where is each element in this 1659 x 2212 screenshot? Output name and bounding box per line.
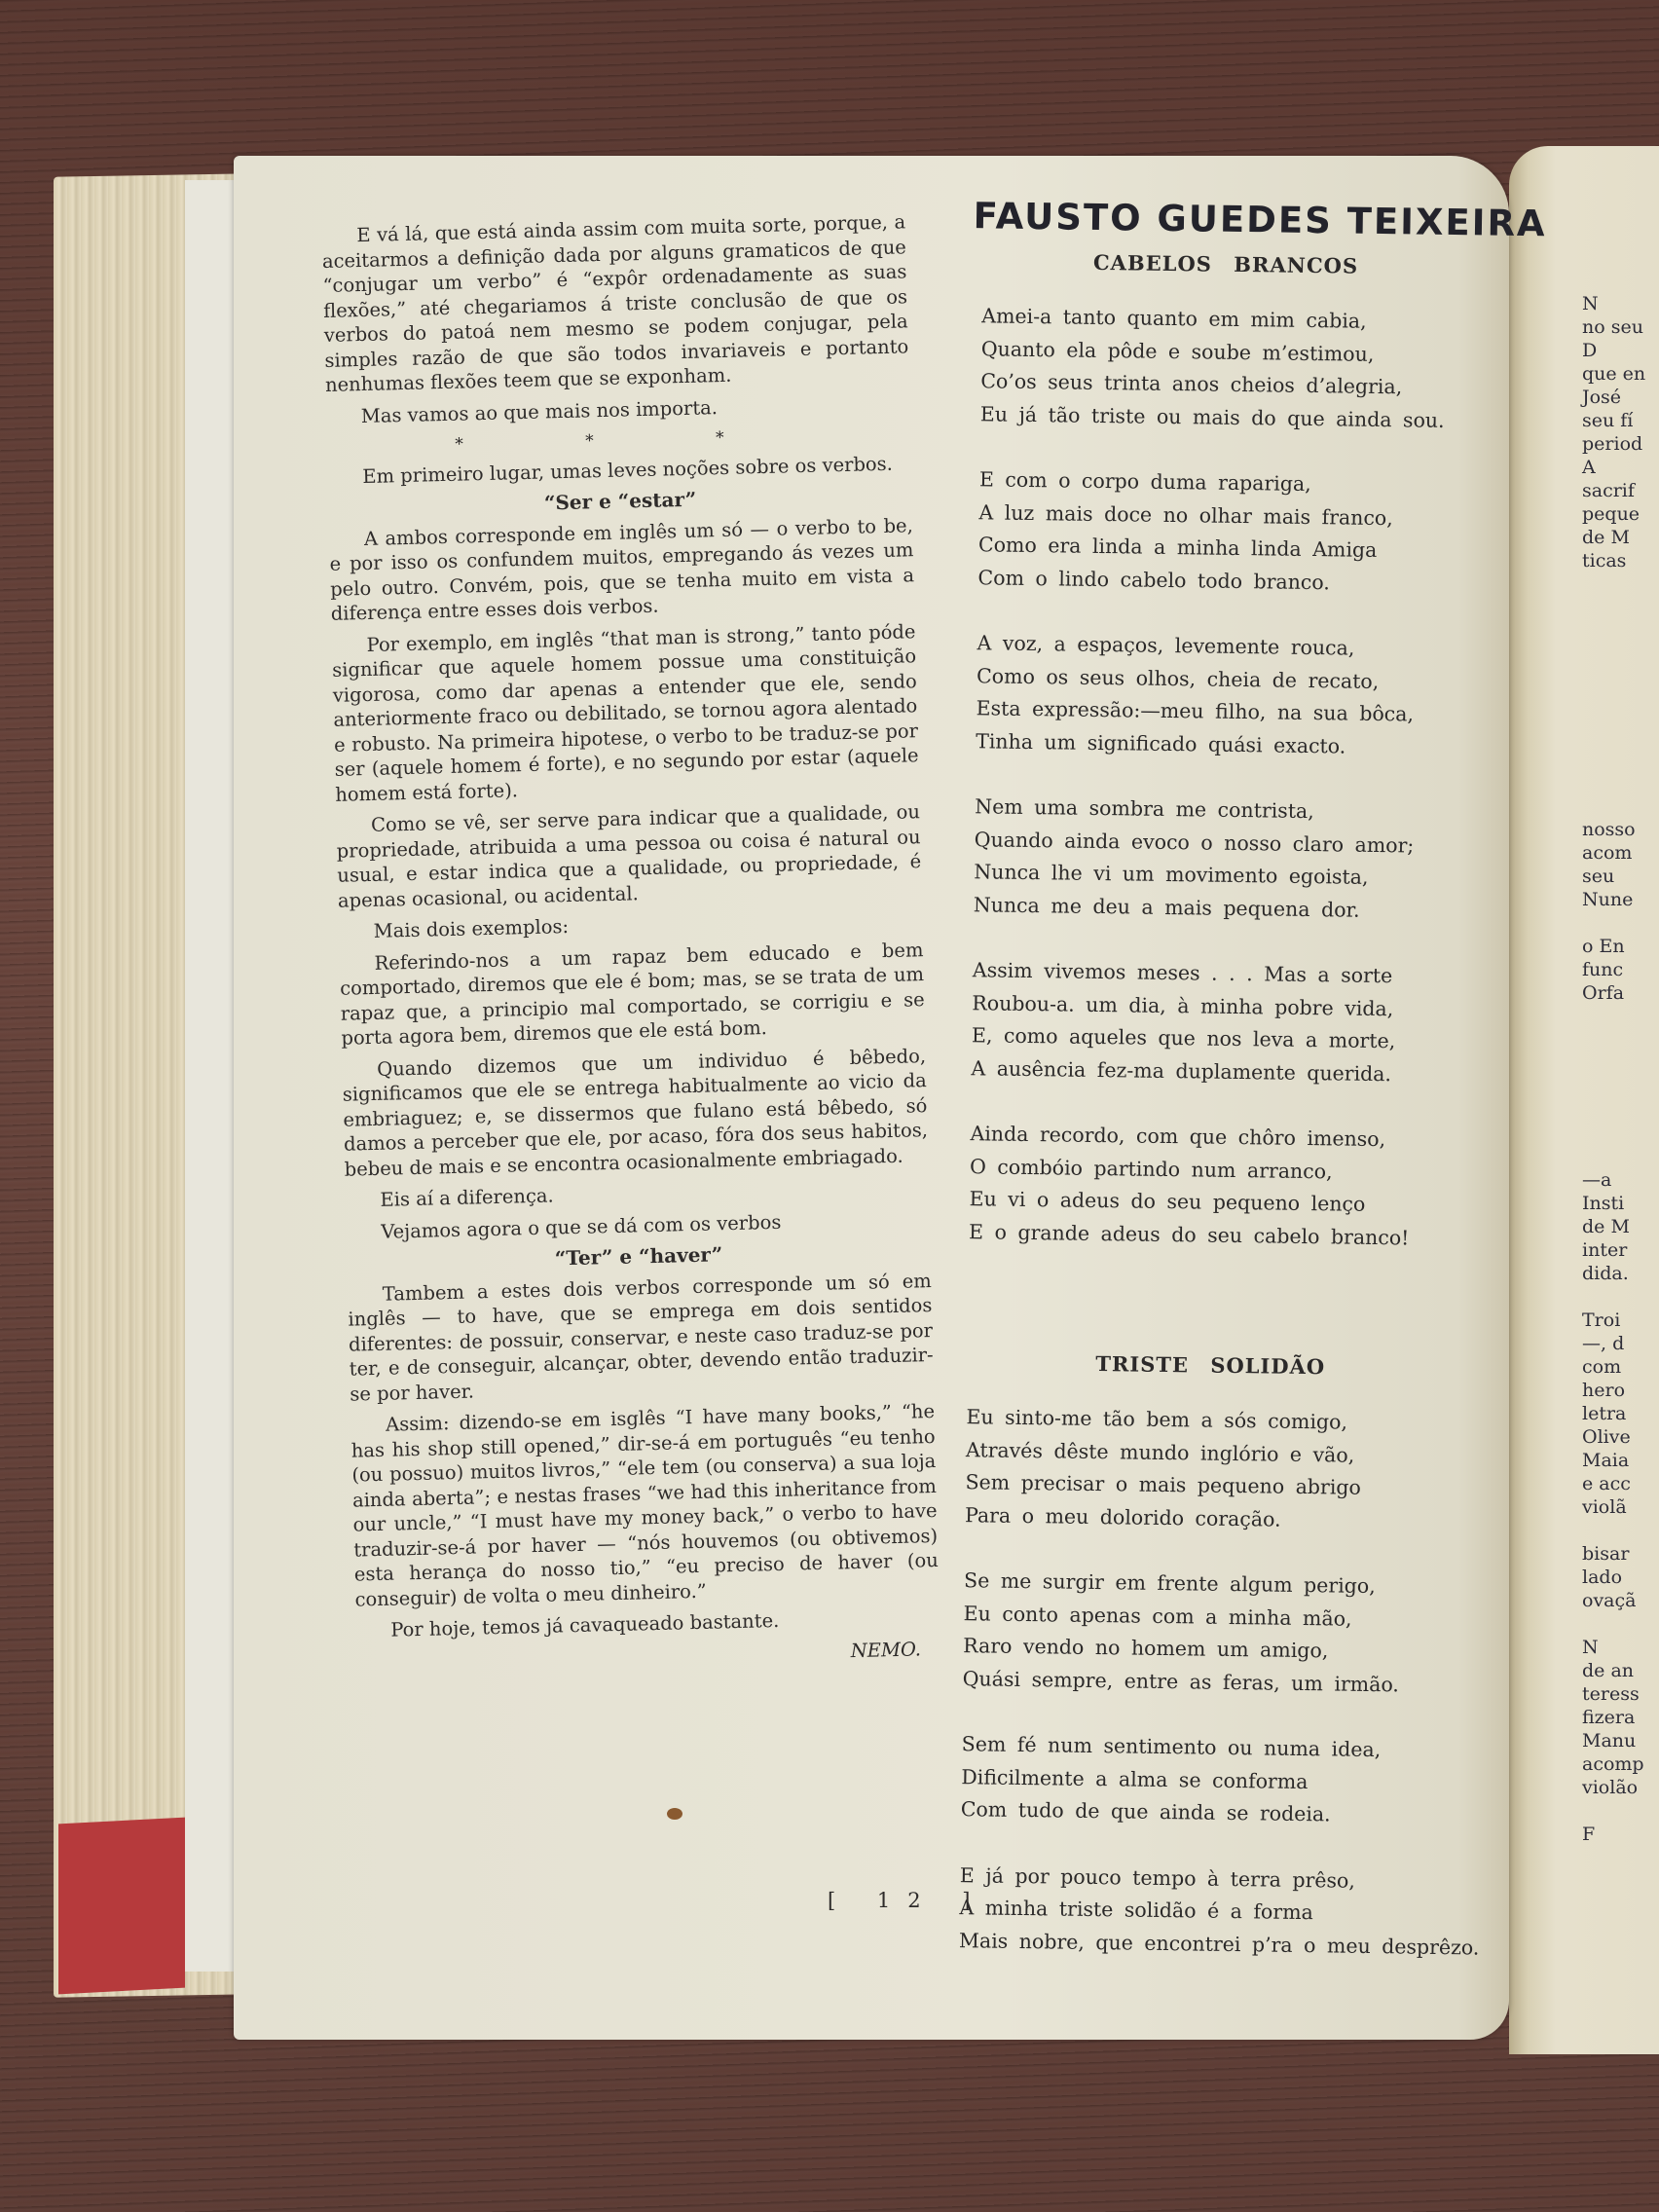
text-fragment: N	[1582, 1636, 1644, 1659]
poetry-column: FAUSTO GUEDES TEIXEIRA CABELOS BRANCOSAm…	[939, 195, 1490, 1997]
next-page-text-3: —aInstide Minterdida. Troi—, dcomherolet…	[1582, 1168, 1644, 1846]
text-fragment: bisar	[1582, 1542, 1644, 1566]
text-fragment: inter	[1582, 1238, 1644, 1262]
stanza: Nem uma sombra me contrista,Quando ainda…	[974, 791, 1482, 928]
paragraph: E vá lá, que está ainda assim com muita …	[321, 209, 909, 397]
paragraph: Tambem a estes dois verbos corresponde u…	[348, 1269, 935, 1407]
paper-stain	[667, 1808, 682, 1820]
verse-line: Mais nobre, que encontrei p’ra o meu des…	[959, 1925, 1465, 1965]
stanza: Sem fé num sentimento ou numa idea,Dific…	[961, 1728, 1468, 1833]
text-fragment: que en	[1582, 362, 1645, 386]
poet-name: FAUSTO GUEDES TEIXEIRA	[973, 195, 1490, 243]
text-fragment: period	[1582, 432, 1645, 456]
text-fragment: —a	[1582, 1168, 1644, 1192]
text-fragment	[1582, 1519, 1644, 1542]
verse-line: E o grande adeus do seu cabelo branco!	[969, 1216, 1475, 1256]
verse-line: A ausência fez-ma duplamente querida.	[971, 1052, 1477, 1092]
text-fragment: Maia	[1582, 1449, 1644, 1472]
text-fragment	[1582, 1285, 1644, 1309]
text-fragment: N	[1582, 292, 1645, 315]
verse-line: Com o lindo cabelo todo branco.	[977, 562, 1484, 602]
verse-line: Quási sempre, entre as feras, um irmão.	[962, 1663, 1468, 1703]
verse-line: Com tudo de que ainda se rodeia.	[961, 1793, 1467, 1833]
text-fragment: A	[1582, 456, 1645, 479]
author-signature: NEMO.	[356, 1637, 921, 1676]
book-cover-edge	[58, 1818, 185, 1995]
stanza: E com o corpo duma rapariga,A luz mais d…	[977, 463, 1486, 601]
text-fragment: de M	[1582, 1215, 1644, 1238]
text-fragment: violã	[1582, 1495, 1644, 1519]
text-fragment: dida.	[1582, 1262, 1644, 1285]
verse-line: Nunca me deu a mais pequena dor.	[974, 889, 1480, 929]
stanza: Assim vivemos meses . . . Mas a sorteRou…	[971, 954, 1479, 1091]
text-fragment: acom	[1582, 841, 1636, 865]
text-fragment: e acc	[1582, 1472, 1644, 1495]
paragraph: A ambos corresponde em inglês um só — o …	[329, 513, 915, 627]
text-fragment: teress	[1582, 1682, 1644, 1706]
text-fragment: Troi	[1582, 1309, 1644, 1332]
paragraph: Como se vê, ser serve para indicar que a…	[336, 799, 922, 913]
stanza: E já por pouco tempo à terra prêso,A min…	[959, 1860, 1466, 1965]
article-column: E vá lá, que está ainda assim com muita …	[321, 209, 940, 1681]
stanza: Se me surgir em frente algum perigo,Eu c…	[962, 1565, 1470, 1702]
paragraph: Quando dizemos que um individuo é bêbedo…	[342, 1044, 929, 1182]
text-fragment: José	[1582, 386, 1645, 409]
paragraph: Assim: dizendo-se em isglês “I have many…	[350, 1399, 940, 1612]
text-fragment: hero	[1582, 1379, 1644, 1402]
text-fragment: peque	[1582, 502, 1645, 526]
text-fragment: D	[1582, 339, 1645, 362]
text-fragment: acomp	[1582, 1752, 1644, 1776]
text-fragment: Orfa	[1582, 981, 1636, 1005]
stanza: Amei-a tanto quanto em mim cabia,Quanto …	[980, 300, 1489, 437]
text-fragment: func	[1582, 958, 1636, 981]
paragraph: Referindo-nos a um rapaz bem educado e b…	[339, 938, 925, 1051]
next-page-text-2: nossoacomseuNune o EnfuncOrfa	[1582, 818, 1636, 1005]
paragraph: Por exemplo, em inglês “that man is stro…	[331, 619, 919, 807]
text-fragment: com	[1582, 1355, 1644, 1379]
stanza: Eu sinto-me tão bem a sós comigo,Através…	[965, 1401, 1473, 1538]
text-fragment: de M	[1582, 526, 1645, 549]
text-fragment: ovaçã	[1582, 1589, 1644, 1612]
text-fragment: nosso	[1582, 818, 1636, 841]
stanza: Ainda recordo, com que chôro imenso,O co…	[969, 1118, 1477, 1255]
text-fragment: o En	[1582, 935, 1636, 958]
text-fragment	[1582, 1799, 1644, 1823]
text-fragment: violão	[1582, 1776, 1644, 1799]
text-fragment: seu fí	[1582, 409, 1645, 432]
text-fragment	[1582, 1612, 1644, 1636]
text-fragment: Olive	[1582, 1425, 1644, 1449]
verse-line: Eu já tão triste ou mais do que ainda so…	[980, 398, 1487, 438]
next-page-text-1: Nno seuDque enJoséseu fíperiodAsacrifpeq…	[1582, 292, 1645, 572]
text-fragment: fizera	[1582, 1706, 1644, 1729]
text-fragment: no seu	[1582, 315, 1645, 339]
text-fragment: seu	[1582, 865, 1636, 888]
text-fragment: sacrif	[1582, 479, 1645, 502]
text-fragment: Manu	[1582, 1729, 1644, 1752]
verse-line: Para o meu dolorido coração.	[965, 1499, 1471, 1539]
text-fragment: F	[1582, 1823, 1644, 1846]
text-fragment: Nune	[1582, 888, 1636, 911]
text-fragment	[1582, 911, 1636, 935]
text-fragment: ticas	[1582, 549, 1645, 572]
stanza: A voz, a espaços, levemente rouca,Como o…	[976, 627, 1484, 764]
text-fragment: de an	[1582, 1659, 1644, 1682]
text-fragment: letra	[1582, 1402, 1644, 1425]
poem-title: CABELOS BRANCOS	[963, 248, 1489, 280]
text-fragment: lado	[1582, 1566, 1644, 1589]
text-fragment: Insti	[1582, 1192, 1644, 1215]
text-fragment: —, d	[1582, 1332, 1644, 1355]
